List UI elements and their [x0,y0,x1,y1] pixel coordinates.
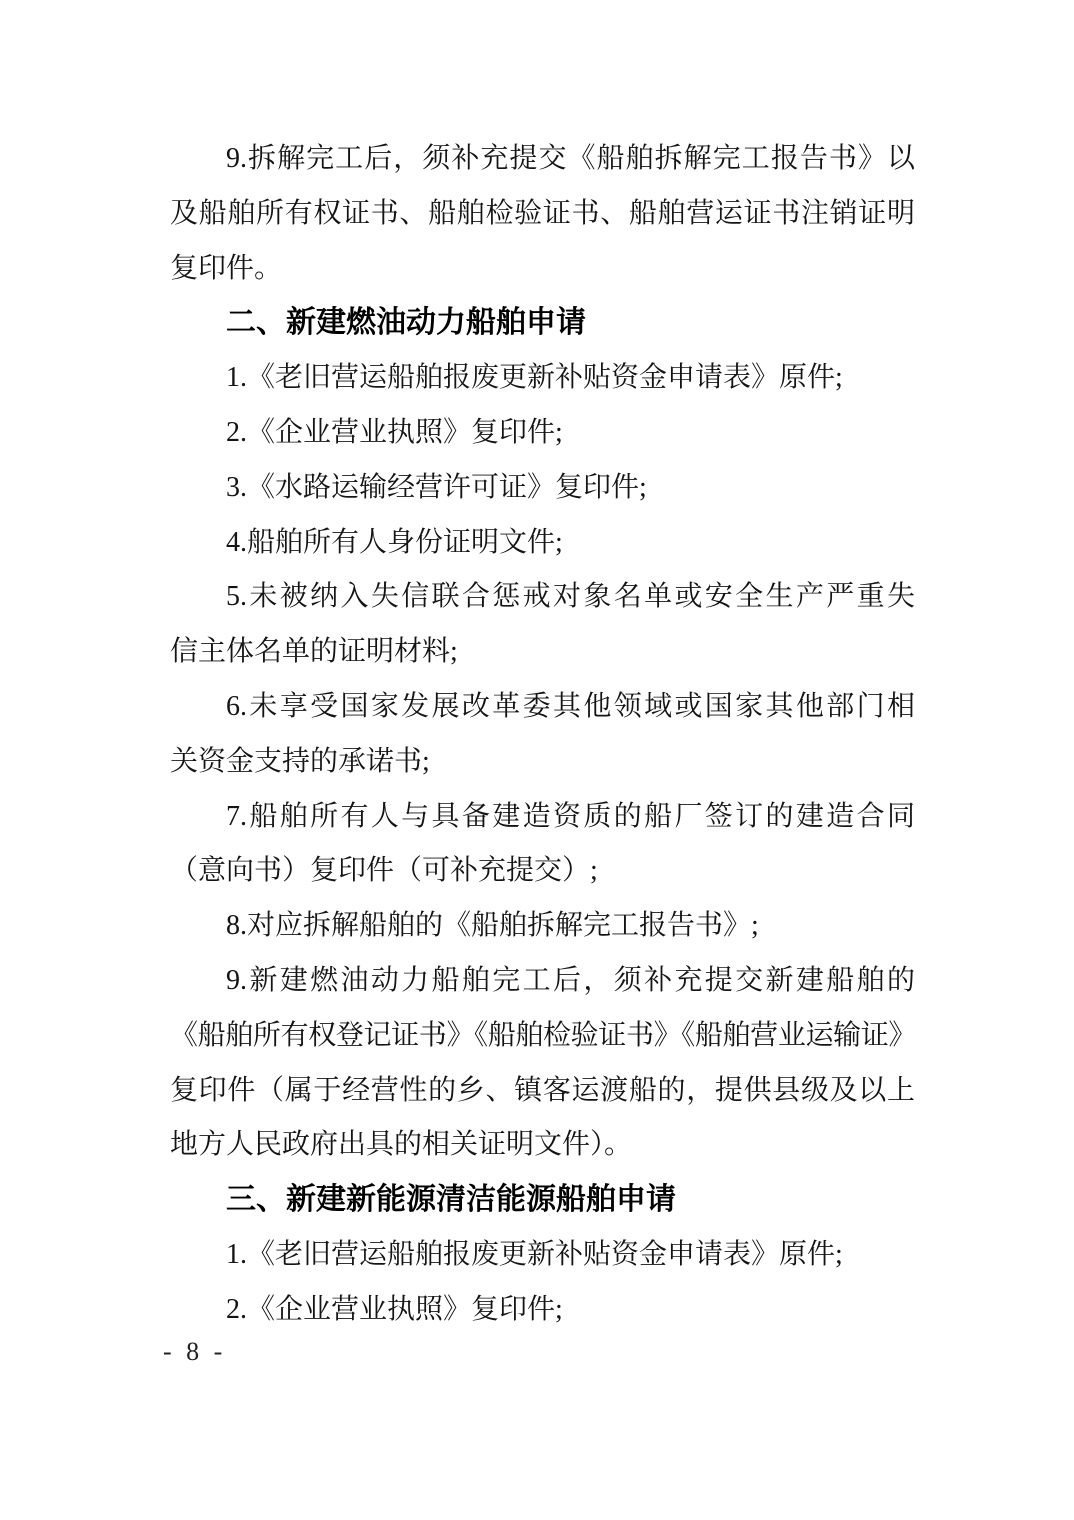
text-line: 关资金支持的承诺书; [170,735,915,790]
section-heading: 三、新建新能源清洁能源船舶申请 [170,1173,915,1228]
text-line: 《船舶所有权登记证书》《船舶检验证书》《船舶营业运输证》 [170,1009,915,1064]
text-line: 7.船舶所有人与具备建造资质的船厂签订的建造合同 [170,790,915,845]
text-line: 1.《老旧营运船舶报废更新补贴资金申请表》原件; [170,1228,915,1283]
text-line: 复印件。 [170,242,915,297]
text-line: （意向书）复印件（可补充提交）; [170,844,915,899]
text-line: 9.拆解完工后，须补充提交《船舶拆解完工报告书》以 [170,132,915,187]
text-line: 复印件（属于经营性的乡、镇客运渡船的，提供县级及以上 [170,1064,915,1119]
text-line: 1.《老旧营运船舶报废更新补贴资金申请表》原件; [170,351,915,406]
text-line: 5.未被纳入失信联合惩戒对象名单或安全生产严重失 [170,570,915,625]
text-line: 2.《企业营业执照》复印件; [170,1283,915,1338]
text-line: 及船舶所有权证书、船舶检验证书、船舶营运证书注销证明 [170,187,915,242]
text-line: 4.船舶所有人身份证明文件; [170,516,915,571]
document-body: 9.拆解完工后，须补充提交《船舶拆解完工报告书》以及船舶所有权证书、船舶检验证书… [170,132,915,1338]
text-line: 9.新建燃油动力船舶完工后，须补充提交新建船舶的 [170,954,915,1009]
text-line: 3.《水路运输经营许可证》复印件; [170,461,915,516]
text-line: 8.对应拆解船舶的《船舶拆解完工报告书》; [170,899,915,954]
text-line: 地方人民政府出具的相关证明文件）。 [170,1118,915,1173]
text-line: 6.未享受国家发展改革委其他领域或国家其他部门相 [170,680,915,735]
section-heading: 二、新建燃油动力船舶申请 [170,296,915,351]
text-line: 信主体名单的证明材料; [170,625,915,680]
document-page: 9.拆解完工后，须补充提交《船舶拆解完工报告书》以及船舶所有权证书、船舶检验证书… [0,0,1074,1520]
text-line: 2.《企业营业执照》复印件; [170,406,915,461]
page-number: - 8 - [163,1337,226,1367]
